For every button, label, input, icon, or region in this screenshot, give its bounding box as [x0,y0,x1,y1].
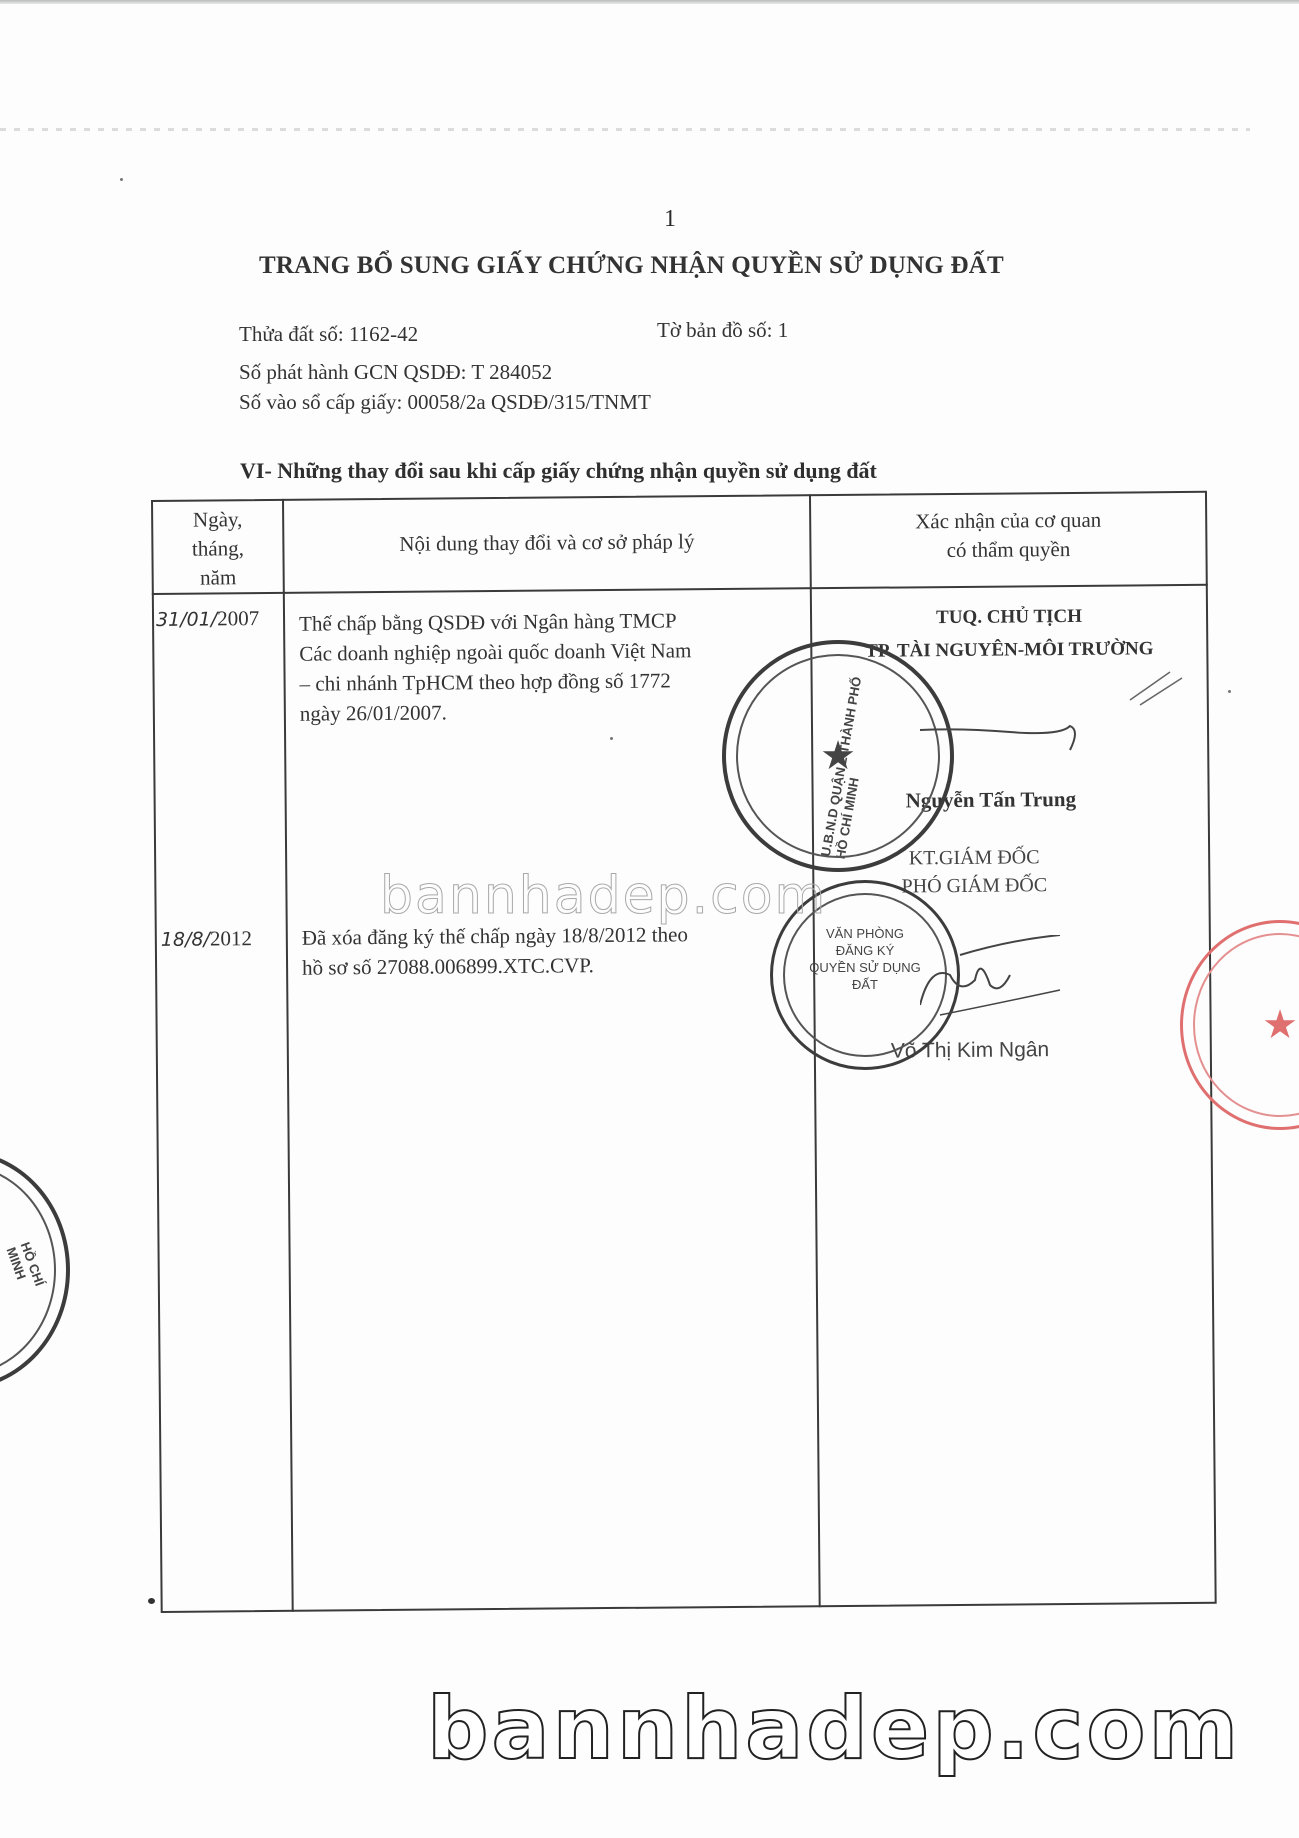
header-authority-line: Xác nhận của cơ quan [811,505,1205,537]
content-line: – chi nhánh TpHCM theo hợp đồng số 1772 [299,664,799,698]
header-date-line: năm [154,563,283,593]
table-row-date: 31/01/2007 [156,603,259,635]
header-authority: Xác nhận của cơ quan có thẩm quyền [811,505,1205,566]
registry-number: Số vào sổ cấp giấy: 00058/2a QSDĐ/315/TN… [239,390,651,415]
certificate-issue-number: Số phát hành GCN QSDĐ: T 284052 [239,360,552,385]
table-row-content: Đã xóa đăng ký thế chấp ngày 18/8/2012 t… [302,918,813,982]
printed-year: 2007 [217,606,259,630]
watermark-bottom: bannhadep.com [427,1679,1241,1779]
left-partial-seal-stamp: HỒ CHÍ MINH [0,1150,70,1390]
header-date: Ngày, tháng, năm [153,505,283,593]
map-sheet-number: Tờ bản đồ số: 1 [657,318,788,343]
parcel-number: Thửa đất số: 1162-42 [239,322,418,347]
stamp-ring-text: U.B.N.D QUẬN 2 THÀNH PHỐ HỒ CHÍ MINH [818,658,882,860]
national-emblem-icon: ★ [820,733,856,779]
printed-year: 2012 [210,926,252,950]
signature-1 [920,670,1200,760]
scan-speck [1228,690,1231,693]
stamp-ring-text: HỒ CHÍ MINH [4,1240,57,1318]
table-row-date: 18/8/2012 [161,923,252,955]
content-line: ngày 26/01/2007. [300,694,800,728]
scan-artifact-streak [0,128,1250,131]
scan-speck [120,178,123,181]
content-line: Thế chấp bằng QSDĐ với Ngân hàng TMCP [299,604,799,638]
header-date-line: tháng, [153,534,282,564]
signature-2 [920,935,1070,1025]
national-emblem-icon: ★ [1262,1002,1298,1048]
header-content: Nội dung thay đổi và cơ sở pháp lý [284,526,809,560]
page-number: 1 [664,206,676,233]
document-title: TRANG BỔ SUNG GIẤY CHỨNG NHẬN QUYỀN SỬ D… [259,252,1099,280]
authority-title: TUQ. CHỦ TỊCH [812,601,1206,634]
changes-table: Ngày, tháng, năm Nội dung thay đổi và cơ… [151,491,1217,1613]
content-line: Các doanh nghiệp ngoài quốc doanh Việt N… [299,634,799,668]
header-date-line: Ngày, [153,505,282,535]
handwritten-date: 18/8/ [161,929,210,951]
scan-edge [0,0,1299,4]
content-line: hồ sơ số 27088.006899.XTC.CVP. [302,948,812,982]
header-authority-line: có thẩm quyền [811,534,1205,566]
section-heading: VI- Những thay đổi sau khi cấp giấy chứn… [240,458,877,484]
scan-speck [148,1598,155,1604]
watermark-middle: bannhadep.com [380,866,827,926]
scan-speck [610,737,613,740]
table-row-content: Thế chấp bằng QSDĐ với Ngân hàng TMCP Cá… [299,604,800,728]
handwritten-date: 31/01/ [156,608,217,631]
